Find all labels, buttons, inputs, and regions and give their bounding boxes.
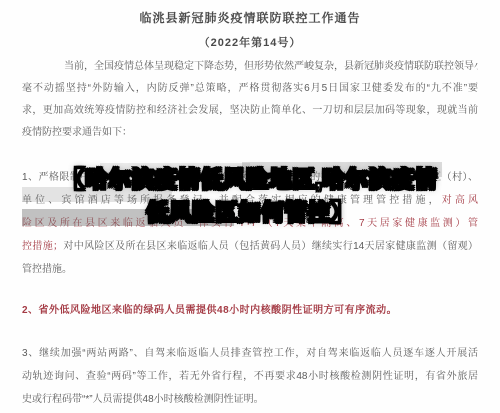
caption-overlay-line-1: 【哈尔滨疫情低风险地区,哈尔滨疫情 xyxy=(0,163,500,196)
intro-line-2: 毫不动摇坚持“外防输入，内防反弹”总策略，严格贯彻落实6月5日国家卫健委发布的“… xyxy=(22,78,478,100)
item2-line-1: 2、省外低风险地区来临的绿码人员需提供48小时内核酸阴性证明方可有序流动。 xyxy=(22,299,478,322)
item1-line-4-red: 控措施； xyxy=(22,241,63,252)
notice-page: 临洮县新冠肺炎疫情联防联控工作通告 （2022年第14号） 当前，全国疫情总体呈… xyxy=(0,0,500,413)
item1-line-4-normal: 对中风险区及所在县区来临返临人员（包括黄码人员）继续实行14天居家健康监测（留观… xyxy=(63,241,478,252)
item3-line-1: 3、继续加强“两站两路”、自驾来临返临人员排查管控工作，对自驾来临返临人员逐车逐… xyxy=(22,342,478,365)
intro-line-3: 求，更加高效统筹疫情防控和经济社会发展，坚决防止简单化、一刀切和层层加码等现象，… xyxy=(22,100,478,122)
notice-issue-number: （2022年第14号） xyxy=(0,34,500,50)
item3-line-3: 史或行程码带“*”人员需提供48小时核酸检测阴性证明。 xyxy=(22,388,478,411)
item3-line-2: 动轨迹询问、查验“两码”等工作，若无外省行程，不再要求48小时核酸检测阴性证明，… xyxy=(22,365,478,388)
caption-overlay: 【哈尔滨疫情低风险地区,哈尔滨疫情 低风险区如何管控】 xyxy=(0,163,500,229)
intro-paragraph: 当前，全国疫情总体呈现稳定下降态势，但形势依然严峻复杂，县新冠肺炎疫情联防联控领… xyxy=(22,56,478,144)
intro-line-1: 当前，全国疫情总体呈现稳定下降态势，但形势依然严峻复杂，县新冠肺炎疫情联防联控领… xyxy=(22,56,478,78)
item-3: 3、继续加强“两站两路”、自驾来临返临人员排查管控工作，对自驾来临返临人员逐车逐… xyxy=(22,342,478,411)
notice-body: 当前，全国疫情总体呈现稳定下降态势，但形势依然严峻复杂，县新冠肺炎疫情联防联控领… xyxy=(22,56,478,411)
intro-line-4: 疫情防控要求通告如下： xyxy=(22,122,478,144)
item-2: 2、省外低风险地区来临的绿码人员需提供48小时内核酸阴性证明方可有序流动。 xyxy=(22,299,478,322)
notice-title: 临洮县新冠肺炎疫情联防联控工作通告 xyxy=(0,9,500,26)
item1-line-5: 管控措施。 xyxy=(22,258,478,281)
item1-line-4: 控措施；对中风险区及所在县区来临返临人员（包括黄码人员）继续实行14天居家健康监… xyxy=(22,235,478,258)
caption-overlay-line-2: 低风险区如何管控】 xyxy=(0,196,500,229)
